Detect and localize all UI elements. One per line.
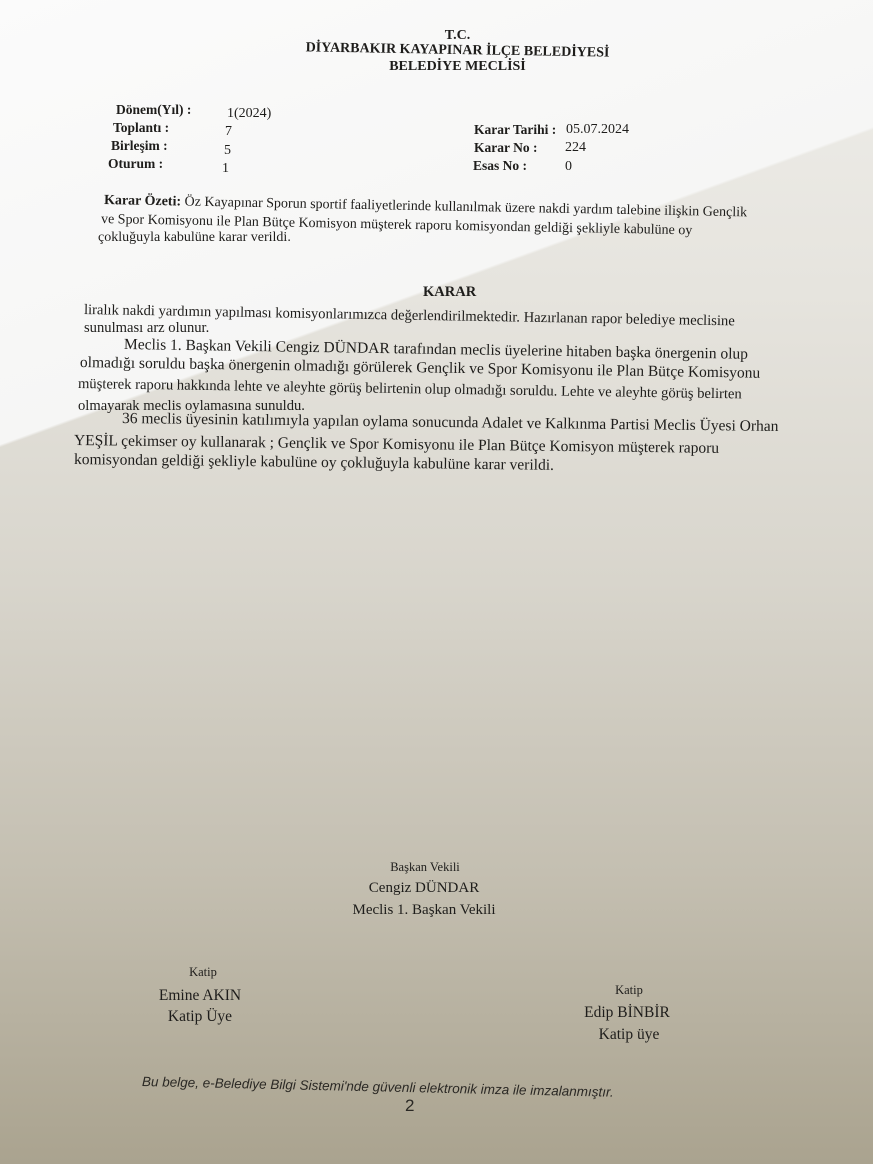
meta-value-karar-no: 224 xyxy=(565,140,586,156)
clerk-right-role: Katip xyxy=(615,983,643,998)
council-decision-document: T.C. DİYARBAKIR KAYAPINAR İLÇE BELEDİYES… xyxy=(0,0,873,1164)
page-number: 2 xyxy=(405,1096,414,1116)
meta-label-oturum: Oturum : xyxy=(108,156,163,172)
clerk-right-title: Katip üye xyxy=(599,1026,660,1044)
meta-value-birlesim: 5 xyxy=(224,143,231,159)
meta-value-oturum: 1 xyxy=(222,161,229,177)
meta-label-karar-tarihi: Karar Tarihi : xyxy=(474,122,556,138)
chair-role: Başkan Vekili xyxy=(390,860,460,875)
meta-value-karar-tarihi: 05.07.2024 xyxy=(566,122,629,138)
decision-line: sunulması arz olunur. xyxy=(84,320,209,337)
summary-line-3: çokluğuyla kabulüne karar verildi. xyxy=(98,230,291,246)
chair-title: Meclis 1. Başkan Vekili xyxy=(352,902,495,919)
meta-label-birlesim: Birleşim : xyxy=(111,138,168,154)
meta-value-esas-no: 0 xyxy=(565,159,572,175)
decision-line: 36 meclis üyesinin katılımıyla yapılan o… xyxy=(122,410,779,436)
meta-value-donem: 1(2024) xyxy=(227,106,271,122)
meta-label-donem: Dönem(Yıl) : xyxy=(116,102,191,118)
clerk-right-name: Edip BİNBİR xyxy=(584,1004,670,1022)
meta-label-esas-no: Esas No : xyxy=(473,158,527,174)
header-council: BELEDİYE MECLİSİ xyxy=(0,59,873,75)
clerk-left-title: Katip Üye xyxy=(168,1008,232,1026)
summary-label: Karar Özeti: xyxy=(104,193,181,209)
decision-title: KARAR xyxy=(423,284,476,301)
chair-name: Cengiz DÜNDAR xyxy=(369,880,479,897)
meta-value-toplanti: 7 xyxy=(225,124,232,140)
clerk-left-name: Emine AKIN xyxy=(159,987,241,1005)
meta-label-karar-no: Karar No : xyxy=(474,140,538,156)
e-signature-notice: Bu belge, e-Belediye Bilgi Sistemi'nde g… xyxy=(142,1074,614,1100)
clerk-left-role: Katip xyxy=(189,965,217,980)
meta-label-toplanti: Toplantı : xyxy=(113,120,169,136)
